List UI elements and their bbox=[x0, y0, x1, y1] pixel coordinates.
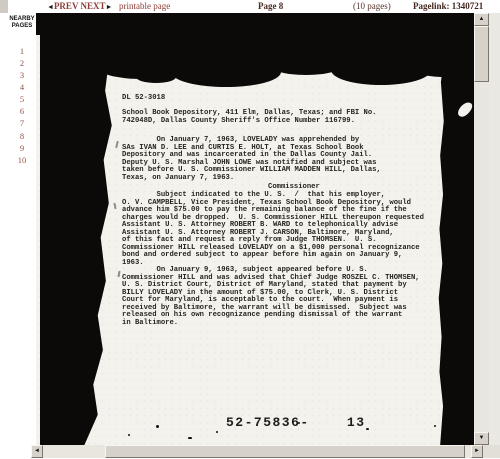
sidebar-page-6[interactable]: 6 bbox=[10, 105, 34, 117]
doc-paragraph-1: School Book Depository, 411 Elm, Dallas,… bbox=[122, 110, 376, 125]
scan-speckle bbox=[188, 437, 192, 439]
document-viewer-app: ◄PREV NEXT► printable page Page 8 (10 pa… bbox=[0, 0, 500, 459]
scan-speckle bbox=[298, 422, 300, 424]
nearby-pages-sidebar: NEARBY PAGES 1 2 3 4 5 6 7 8 9 10 bbox=[0, 13, 36, 459]
scroll-left-icon: ◄ bbox=[34, 448, 40, 454]
sidebar-page-8[interactable]: 8 bbox=[10, 130, 34, 142]
doc-serial-number: 52-75836- 13 bbox=[226, 415, 366, 430]
sidebar-page-5[interactable]: 5 bbox=[10, 93, 34, 105]
next-arrow-icon: ► bbox=[106, 3, 113, 11]
scroll-down-button[interactable]: ▼ bbox=[474, 432, 489, 445]
scan-left-border bbox=[40, 13, 114, 445]
prev-link[interactable]: PREV bbox=[54, 1, 78, 11]
sidebar-page-1[interactable]: 1 bbox=[10, 45, 34, 57]
sidebar-page-3[interactable]: 3 bbox=[10, 69, 34, 81]
scan-speckle bbox=[434, 425, 436, 427]
toolbar: ◄PREV NEXT► printable page Page 8 (10 pa… bbox=[0, 0, 500, 13]
pencil-mark bbox=[115, 141, 119, 148]
sidebar-page-9[interactable]: 9 bbox=[10, 142, 34, 154]
sidebar-page-4[interactable]: 4 bbox=[10, 81, 34, 93]
scan-blob bbox=[171, 57, 281, 87]
pencil-mark bbox=[117, 271, 120, 277]
horizontal-scrollbar[interactable]: ◄ ► bbox=[31, 445, 483, 458]
scroll-up-icon: ▲ bbox=[479, 16, 485, 22]
scan-speckle bbox=[366, 428, 369, 430]
current-page-label: Page 8 bbox=[258, 0, 283, 13]
scroll-left-button[interactable]: ◄ bbox=[31, 445, 43, 458]
scroll-right-button[interactable]: ► bbox=[471, 445, 483, 458]
scan-speckle bbox=[128, 434, 130, 436]
vertical-scroll-thumb[interactable] bbox=[474, 26, 489, 82]
pagelink-label: Pagelink: 1340721 bbox=[413, 0, 483, 13]
scroll-down-icon: ▼ bbox=[479, 435, 485, 441]
horizontal-scroll-thumb[interactable] bbox=[105, 445, 465, 458]
doc-paragraph-4: On January 9, 1963, subject appeared bef… bbox=[122, 267, 420, 327]
scan-speckle bbox=[156, 425, 159, 428]
next-link[interactable]: NEXT bbox=[81, 1, 106, 11]
scan-blob bbox=[136, 71, 176, 83]
right-gutter bbox=[489, 13, 500, 445]
pencil-mark bbox=[113, 203, 116, 209]
prev-next-nav: ◄PREV NEXT► bbox=[47, 0, 112, 14]
scan-right-border bbox=[438, 13, 474, 445]
nearby-pages-title: NEARBY PAGES bbox=[8, 16, 36, 30]
doc-file-header: DL 52-3018 bbox=[122, 95, 165, 103]
scrollbar-corner bbox=[483, 445, 500, 458]
sidebar-page-10[interactable]: 10 bbox=[10, 154, 34, 166]
scroll-up-button[interactable]: ▲ bbox=[474, 13, 489, 26]
scanned-document-page: DL 52-3018 School Book Depository, 411 E… bbox=[36, 13, 474, 445]
sidebar-page-2[interactable]: 2 bbox=[10, 57, 34, 69]
doc-paragraph-2: On January 7, 1963, LOVELADY was apprehe… bbox=[122, 137, 381, 182]
printable-page-link[interactable]: printable page bbox=[119, 0, 170, 13]
doc-paragraph-3: Subject indicated to the U. S. / that hi… bbox=[122, 192, 424, 267]
scroll-right-icon: ► bbox=[474, 448, 480, 454]
sidebar-page-7[interactable]: 7 bbox=[10, 117, 34, 129]
vertical-scrollbar[interactable]: ▲ ▼ bbox=[474, 13, 489, 445]
pages-count-label: (10 pages) bbox=[353, 0, 391, 13]
prev-arrow-icon: ◄ bbox=[47, 3, 54, 11]
scan-speckle bbox=[216, 431, 218, 433]
